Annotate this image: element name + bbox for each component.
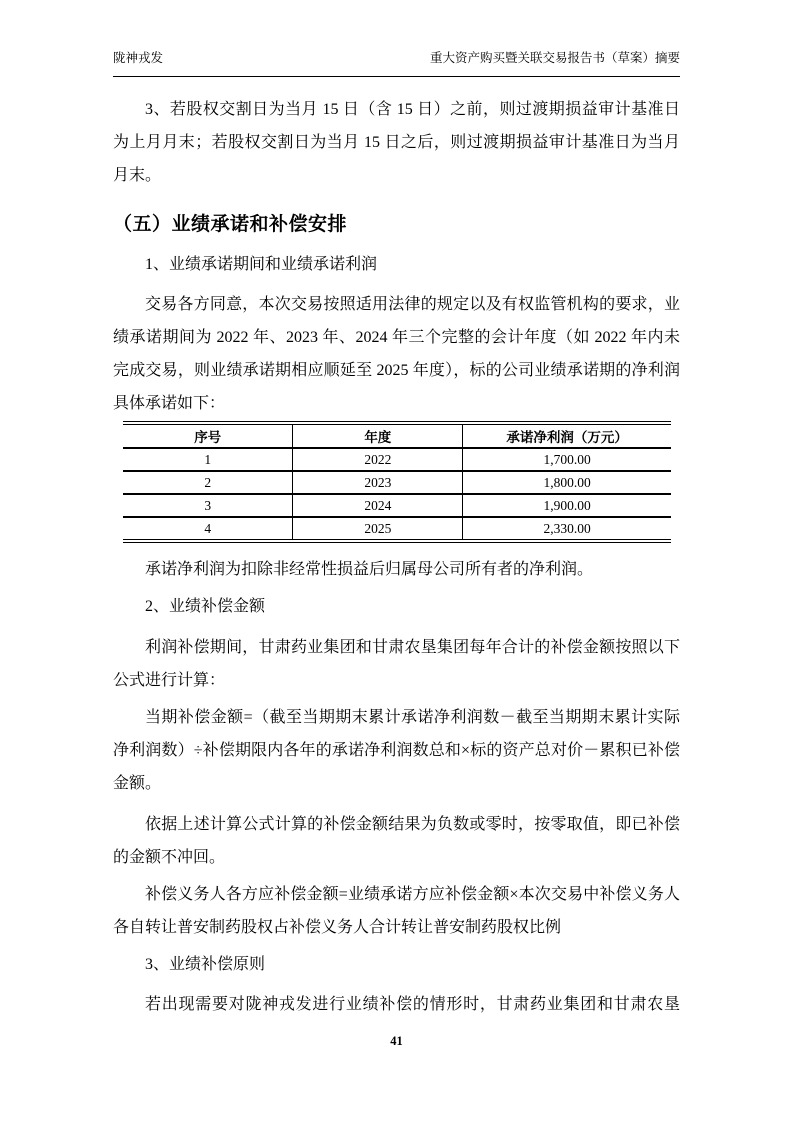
profit-commitment-table: 序号 年度 承诺净利润（万元） 1 2022 1,700.00 2 2023 1… [123,421,671,543]
cell-profit: 1,900.00 [463,494,671,517]
header-report-title: 重大资产购买暨关联交易报告书（草案）摘要 [430,50,680,66]
page-footer: 41 [0,1034,793,1049]
paragraph-compensation-formula: 当期补偿金额=（截至当期期末累计承诺净利润数－截至当期期末累计实际净利润数）÷补… [113,701,680,800]
table-header-row: 序号 年度 承诺净利润（万元） [123,423,671,448]
subheading-compensation-amount: 2、业绩补偿金额 [113,590,680,623]
column-header-promised-net-profit: 承诺净利润（万元） [463,423,671,448]
table-row: 1 2022 1,700.00 [123,448,671,471]
paragraph-net-profit-definition: 承诺净利润为扣除非经常性损益后归属母公司所有者的净利润。 [113,553,680,586]
paragraph-zero-value-rule: 依据上述计算公式计算的补偿金额结果为负数或零时，按零取值，即已补偿的金额不冲回。 [113,808,680,874]
cell-profit: 2,330.00 [463,517,671,541]
cell-year: 2022 [293,448,463,471]
column-header-year: 年度 [293,423,463,448]
section-heading-performance-commitment: （五）业绩承诺和补偿安排 [113,211,680,238]
paragraph-audit-baseline: 3、若股权交割日为当月 15 日（含 15 日）之前，则过渡期损益审计基准日为上… [113,93,680,192]
paragraph-obligor-share-formula: 补偿义务人各方应补偿金额=业绩承诺方应补偿金额×本次交易中补偿义务人各自转让普安… [113,878,680,944]
paragraph-commitment-period: 交易各方同意，本次交易按照适用法律的规定以及有权监管机构的要求，业绩承诺期间为 … [113,288,680,420]
cell-year: 2024 [293,494,463,517]
table-row: 4 2025 2,330.00 [123,517,671,541]
column-header-index: 序号 [123,423,293,448]
document-body: 3、若股权交割日为当月 15 日（含 15 日）之前，则过渡期损益审计基准日为上… [113,93,680,1021]
cell-index: 4 [123,517,293,541]
cell-index: 1 [123,448,293,471]
table-row: 2 2023 1,800.00 [123,471,671,494]
header-company-name: 陇神戎发 [113,50,163,66]
cell-index: 3 [123,494,293,517]
subheading-commitment-period: 1、业绩承诺期间和业绩承诺利润 [113,248,680,281]
table-row: 3 2024 1,900.00 [123,494,671,517]
cell-index: 2 [123,471,293,494]
cell-year: 2023 [293,471,463,494]
page-number: 41 [390,1034,403,1048]
page-header: 陇神戎发 重大资产购买暨关联交易报告书（草案）摘要 [113,50,680,77]
cell-year: 2025 [293,517,463,541]
document-page: 陇神戎发 重大资产购买暨关联交易报告书（草案）摘要 3、若股权交割日为当月 15… [0,0,793,1122]
cell-profit: 1,700.00 [463,448,671,471]
subheading-compensation-principle: 3、业绩补偿原则 [113,948,680,981]
paragraph-compensation-intro: 利润补偿期间，甘肃药业集团和甘肃农垦集团每年合计的补偿金额按照以下公式进行计算： [113,631,680,697]
cell-profit: 1,800.00 [463,471,671,494]
paragraph-compensation-principle: 若出现需要对陇神戎发进行业绩补偿的情形时，甘肃药业集团和甘肃农垦 [113,988,680,1021]
